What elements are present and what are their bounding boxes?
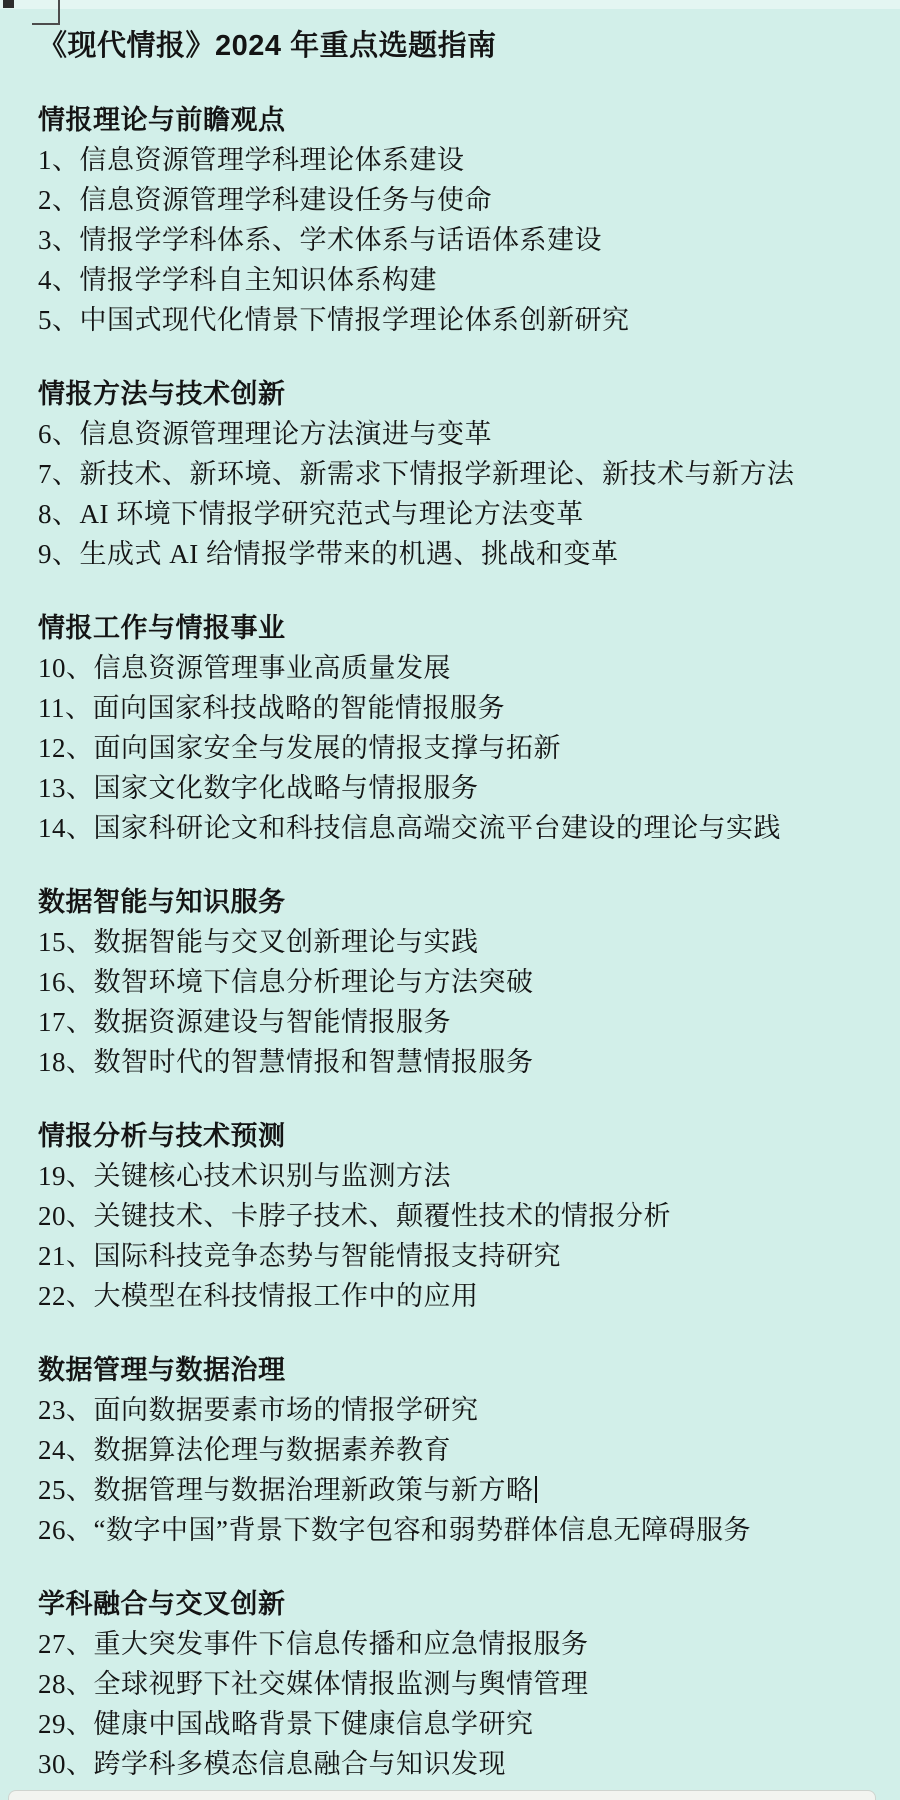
item-text: 数智时代的智慧情报和智慧情报服务 — [94, 1047, 534, 1077]
item-number: 29、 — [38, 1709, 94, 1739]
item-text: 大模型在科技情报工作中的应用 — [94, 1281, 479, 1311]
item-text: 信息资源管理理论方法演进与变革 — [80, 419, 493, 449]
item-text: 面向国家科技战略的智能情报服务 — [93, 693, 506, 723]
list-item[interactable]: 29、健康中国战略背景下健康信息学研究 — [38, 1704, 880, 1744]
item-text: 数智环境下信息分析理论与方法突破 — [94, 967, 534, 997]
list-item[interactable]: 15、数据智能与交叉创新理论与实践 — [38, 922, 880, 962]
section-analysis-forecast: 情报分析与技术预测 19、关键核心技术识别与监测方法 20、关键技术、卡脖子技术… — [38, 1116, 880, 1316]
item-number: 26、 — [38, 1515, 94, 1545]
list-item[interactable]: 17、数据资源建设与智能情报服务 — [38, 1002, 880, 1042]
list-item[interactable]: 7、新技术、新环境、新需求下情报学新理论、新技术与新方法 — [38, 454, 880, 494]
section-intelligence-work: 情报工作与情报事业 10、信息资源管理事业高质量发展 11、面向国家科技战略的智… — [38, 608, 880, 848]
section-heading[interactable]: 情报分析与技术预测 — [38, 1116, 880, 1156]
item-text: 面向国家安全与发展的情报支撑与拓新 — [94, 733, 562, 763]
list-item[interactable]: 6、信息资源管理理论方法演进与变革 — [38, 414, 880, 454]
list-item[interactable]: 22、大模型在科技情报工作中的应用 — [38, 1276, 880, 1316]
item-text: 中国式现代化情景下情报学理论体系创新研究 — [80, 305, 630, 335]
list-item[interactable]: 23、面向数据要素市场的情报学研究 — [38, 1390, 880, 1430]
item-number: 28、 — [38, 1669, 94, 1699]
item-text: 健康中国战略背景下健康信息学研究 — [94, 1709, 534, 1739]
item-text: 数据资源建设与智能情报服务 — [94, 1007, 452, 1037]
item-text: 生成式 AI 给情报学带来的机遇、挑战和变革 — [80, 539, 619, 569]
item-number: 1、 — [38, 145, 80, 175]
item-number: 19、 — [38, 1161, 94, 1191]
item-number: 12、 — [38, 733, 94, 763]
item-text: 重大突发事件下信息传播和应急情报服务 — [94, 1629, 589, 1659]
list-item[interactable]: 20、关键技术、卡脖子技术、颠覆性技术的情报分析 — [38, 1196, 880, 1236]
item-number: 11、 — [38, 693, 93, 723]
item-text: AI 环境下情报学研究范式与理论方法变革 — [80, 499, 584, 529]
item-text: 数据算法伦理与数据素养教育 — [94, 1435, 452, 1465]
item-number: 2、 — [38, 185, 80, 215]
section-intelligence-theory: 情报理论与前瞻观点 1、信息资源管理学科理论体系建设 2、信息资源管理学科建设任… — [38, 100, 880, 340]
item-text: 信息资源管理学科理论体系建设 — [80, 145, 465, 175]
item-text: 面向数据要素市场的情报学研究 — [94, 1395, 479, 1425]
item-text: 情报学学科体系、学术体系与话语体系建设 — [80, 225, 603, 255]
list-item[interactable]: 3、情报学学科体系、学术体系与话语体系建设 — [38, 220, 880, 260]
list-item[interactable]: 4、情报学学科自主知识体系构建 — [38, 260, 880, 300]
list-item[interactable]: 25、数据管理与数据治理新政策与新方略 — [38, 1470, 880, 1510]
list-item[interactable]: 9、生成式 AI 给情报学带来的机遇、挑战和变革 — [38, 534, 880, 574]
item-number: 24、 — [38, 1435, 94, 1465]
list-item[interactable]: 10、信息资源管理事业高质量发展 — [38, 648, 880, 688]
item-number: 9、 — [38, 539, 80, 569]
list-item[interactable]: 14、国家科研论文和科技信息高端交流平台建设的理论与实践 — [38, 808, 880, 848]
list-item[interactable]: 24、数据算法伦理与数据素养教育 — [38, 1430, 880, 1470]
item-number: 27、 — [38, 1629, 94, 1659]
item-number: 8、 — [38, 499, 80, 529]
section-heading[interactable]: 情报理论与前瞻观点 — [38, 100, 880, 140]
item-text: 国际科技竞争态势与智能情报支持研究 — [94, 1241, 562, 1271]
item-text: 国家科研论文和科技信息高端交流平台建设的理论与实践 — [94, 813, 782, 843]
list-item[interactable]: 28、全球视野下社交媒体情报监测与舆情管理 — [38, 1664, 880, 1704]
item-text: 情报学学科自主知识体系构建 — [80, 265, 438, 295]
item-number: 15、 — [38, 927, 94, 957]
item-number: 6、 — [38, 419, 80, 449]
section-heading[interactable]: 数据管理与数据治理 — [38, 1350, 880, 1390]
list-item[interactable]: 19、关键核心技术识别与监测方法 — [38, 1156, 880, 1196]
list-item[interactable]: 8、AI 环境下情报学研究范式与理论方法变革 — [38, 494, 880, 534]
list-item[interactable]: 27、重大突发事件下信息传播和应急情报服务 — [38, 1624, 880, 1664]
item-text: 信息资源管理学科建设任务与使命 — [80, 185, 493, 215]
item-text: 全球视野下社交媒体情报监测与舆情管理 — [94, 1669, 589, 1699]
list-item[interactable]: 12、面向国家安全与发展的情报支撑与拓新 — [38, 728, 880, 768]
list-item[interactable]: 2、信息资源管理学科建设任务与使命 — [38, 180, 880, 220]
section-heading[interactable]: 数据智能与知识服务 — [38, 882, 880, 922]
section-data-intelligence: 数据智能与知识服务 15、数据智能与交叉创新理论与实践 16、数智环境下信息分析… — [38, 882, 880, 1082]
list-item[interactable]: 11、面向国家科技战略的智能情报服务 — [38, 688, 880, 728]
item-number: 3、 — [38, 225, 80, 255]
item-number: 13、 — [38, 773, 94, 803]
item-number: 5、 — [38, 305, 80, 335]
item-number: 18、 — [38, 1047, 94, 1077]
item-number: 21、 — [38, 1241, 94, 1271]
item-text: 关键核心技术识别与监测方法 — [94, 1161, 452, 1191]
item-text: 新技术、新环境、新需求下情报学新理论、新技术与新方法 — [80, 459, 795, 489]
section-data-governance: 数据管理与数据治理 23、面向数据要素市场的情报学研究 24、数据算法伦理与数据… — [38, 1350, 880, 1550]
item-number: 22、 — [38, 1281, 94, 1311]
item-number: 17、 — [38, 1007, 94, 1037]
section-methods-innovation: 情报方法与技术创新 6、信息资源管理理论方法演进与变革 7、新技术、新环境、新需… — [38, 374, 880, 574]
item-number: 14、 — [38, 813, 94, 843]
item-number: 16、 — [38, 967, 94, 997]
item-text: 关键技术、卡脖子技术、颠覆性技术的情报分析 — [94, 1201, 672, 1231]
item-number: 25、 — [38, 1475, 94, 1505]
list-item[interactable]: 5、中国式现代化情景下情报学理论体系创新研究 — [38, 300, 880, 340]
item-text: 信息资源管理事业高质量发展 — [94, 653, 452, 683]
item-number: 30、 — [38, 1749, 94, 1779]
item-number: 4、 — [38, 265, 80, 295]
page-title: 《现代情报》2024 年重点选题指南 — [38, 26, 880, 66]
section-heading[interactable]: 情报工作与情报事业 — [38, 608, 880, 648]
bottom-panel-edge — [8, 1790, 876, 1800]
item-number: 23、 — [38, 1395, 94, 1425]
document-page[interactable]: 《现代情报》2024 年重点选题指南 情报理论与前瞻观点 1、信息资源管理学科理… — [0, 0, 900, 1800]
item-text: 数据管理与数据治理新政策与新方略 — [94, 1475, 534, 1505]
section-heading[interactable]: 情报方法与技术创新 — [38, 374, 880, 414]
list-item[interactable]: 13、国家文化数字化战略与情报服务 — [38, 768, 880, 808]
list-item[interactable]: 1、信息资源管理学科理论体系建设 — [38, 140, 880, 180]
item-number: 10、 — [38, 653, 94, 683]
list-item[interactable]: 26、“数字中国”背景下数字包容和弱势群体信息无障碍服务 — [38, 1510, 880, 1550]
section-interdisciplinary: 学科融合与交叉创新 27、重大突发事件下信息传播和应急情报服务 28、全球视野下… — [38, 1584, 880, 1784]
item-number: 20、 — [38, 1201, 94, 1231]
text-cursor — [535, 1476, 537, 1503]
item-text: 数据智能与交叉创新理论与实践 — [94, 927, 479, 957]
item-text: 国家文化数字化战略与情报服务 — [94, 773, 479, 803]
list-item[interactable]: 16、数智环境下信息分析理论与方法突破 — [38, 962, 880, 1002]
list-item[interactable]: 21、国际科技竞争态势与智能情报支持研究 — [38, 1236, 880, 1276]
item-text: 跨学科多模态信息融合与知识发现 — [94, 1749, 507, 1779]
list-item[interactable]: 18、数智时代的智慧情报和智慧情报服务 — [38, 1042, 880, 1082]
item-number: 7、 — [38, 459, 80, 489]
item-text: “数字中国”背景下数字包容和弱势群体信息无障碍服务 — [94, 1515, 751, 1545]
list-item[interactable]: 30、跨学科多模态信息融合与知识发现 — [38, 1744, 880, 1784]
section-heading[interactable]: 学科融合与交叉创新 — [38, 1584, 880, 1624]
